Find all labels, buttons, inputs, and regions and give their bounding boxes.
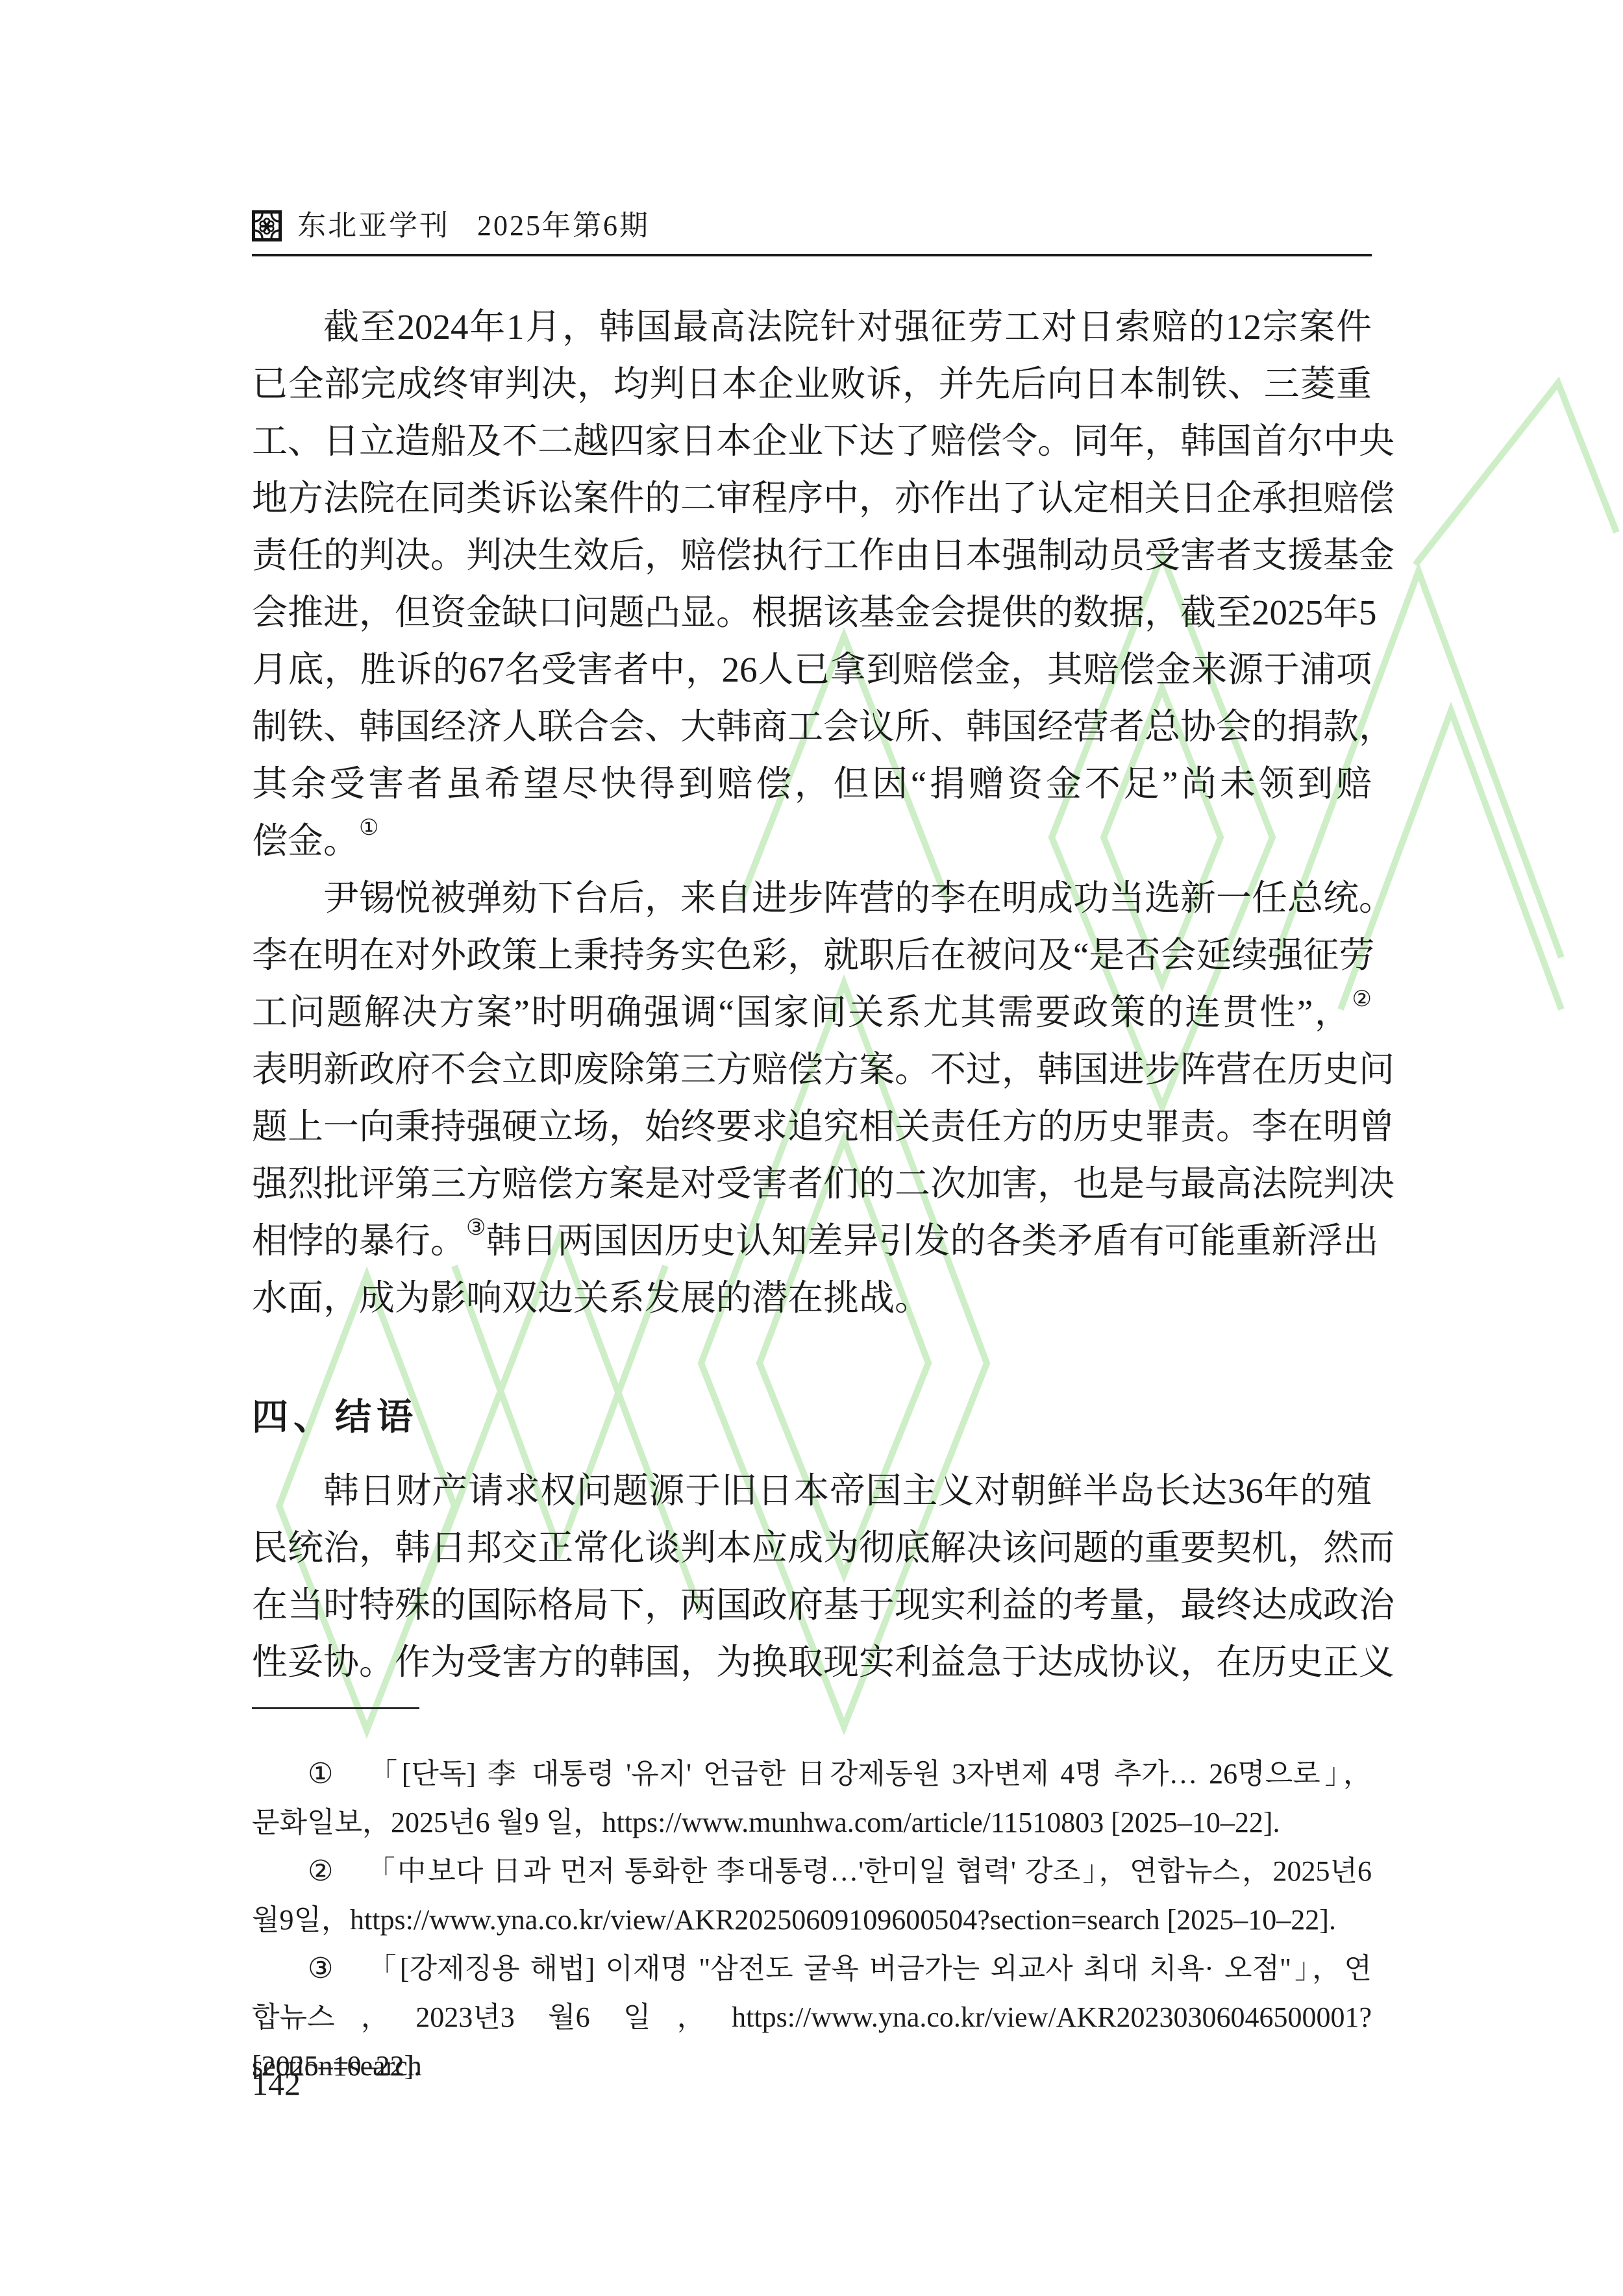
body-line: 民统治，韩日邦交正常化谈判本应成为彻底解决该问题的重要契机，然而 bbox=[252, 1520, 1372, 1577]
footnote-3-line: ③「[강제징용 해법] 이재명 "삼전도 굴욕 버금가는 외교사 최대 치욕· … bbox=[252, 1944, 1372, 1993]
footnote-ref-2: ② bbox=[1352, 987, 1372, 1011]
footnote-1-marker: ① bbox=[308, 1758, 338, 1790]
journal-header-title: 东北亚学刊2025年第6期 bbox=[297, 210, 650, 241]
body-line: 相悖的暴行。③韩日两国因历史认知差异引发的各类矛盾有可能重新浮出 bbox=[252, 1213, 1372, 1270]
page-number: 142 bbox=[252, 2066, 301, 2102]
journal-issue: 2025年第6期 bbox=[477, 210, 650, 241]
body-text: 工问题解决方案”时明确强调“国家间关系尤其需要政策的连贯性”， bbox=[252, 993, 1352, 1032]
body-line: 李在明在对外政策上秉持务实色彩，就职后在被问及“是否会延续强征劳 bbox=[252, 927, 1372, 984]
body-text: 相悖的暴行。 bbox=[252, 1221, 466, 1261]
header-rule bbox=[252, 254, 1372, 256]
footnote-2-line: 월9일，https://www.yna.co.kr/view/AKR202506… bbox=[252, 1895, 1372, 1944]
footnote-2-line: ②「中보다 日과 먼저 통화한 李대통령…'한미일 협력' 강조」，연합뉴스，2… bbox=[252, 1847, 1372, 1895]
footnote-1-line: ①「[단독] 李 대통령 '유지' 언급한 日강제동원 3자변제 4명 추가… … bbox=[252, 1749, 1372, 1798]
body-line: 月底，胜诉的67名受害者中，26人已拿到赔偿金，其赔偿金来源于浦项 bbox=[252, 641, 1372, 698]
body-line: 水面，成为影响双边关系发展的潜在挑战。 bbox=[252, 1270, 1372, 1327]
body-line: 会推进，但资金缺口问题凸显。根据该基金会提供的数据，截至2025年5 bbox=[252, 584, 1372, 641]
footnote-1-text: 「[단독] 李 대통령 '유지' 언급한 日강제동원 3자변제 4명 추가… 2… bbox=[369, 1758, 1372, 1790]
journal-logo-icon bbox=[252, 210, 282, 241]
paragraph-2: 尹锡悦被弹劾下台后，来自进步阵营的李在明成功当选新一任总统。 李在明在对外政策上… bbox=[252, 870, 1372, 1327]
body-line: 责任的判决。判决生效后，赔偿执行工作由日本强制动员受害者支援基金 bbox=[252, 527, 1372, 584]
journal-page: 东北亚学刊2025年第6期 截至2024年1月，韩国最高法院针对强征劳工对日索赔… bbox=[0, 0, 1623, 2296]
body-line: 尹锡悦被弹劾下台后，来自进步阵营的李在明成功当选新一任总统。 bbox=[252, 870, 1372, 927]
page-header: 东北亚学刊2025年第6期 bbox=[252, 210, 1372, 241]
body-line: 题上一向秉持强硬立场，始终要求追究相关责任方的历史罪责。李在明曾 bbox=[252, 1098, 1372, 1155]
footnote-3-text: 「[강제징용 해법] 이재명 "삼전도 굴욕 버금가는 외교사 최대 치욕· 오… bbox=[368, 1953, 1372, 1984]
body-line: 性妥协。作为受害方的韩国，为换取现实利益急于达成协议，在历史正义 bbox=[252, 1634, 1372, 1691]
body-line: 工问题解决方案”时明确强调“国家间关系尤其需要政策的连贯性”，② bbox=[252, 984, 1372, 1041]
footnote-3-marker: ③ bbox=[308, 1953, 337, 1984]
body-line: 已全部完成终审判决，均判日本企业败诉，并先后向日本制铁、三菱重 bbox=[252, 356, 1372, 413]
article-body: 截至2024年1月，韩国最高法院针对强征劳工对日索赔的12宗案件 已全部完成终审… bbox=[252, 299, 1372, 2090]
footnote-3-line: 합뉴스，2023년3 월6 일，https://www.yna.co.kr/vi… bbox=[252, 1993, 1372, 2042]
body-line: 地方法院在同类诉讼案件的二审程序中，亦作出了认定相关日企承担赔偿 bbox=[252, 470, 1372, 527]
footnote-separator bbox=[252, 1707, 419, 1709]
journal-name: 东北亚学刊 bbox=[297, 210, 450, 241]
footnote-ref-3: ③ bbox=[466, 1216, 486, 1240]
footnotes: ①「[단독] 李 대통령 '유지' 언급한 日강제동원 3자변제 4명 추가… … bbox=[252, 1749, 1372, 2090]
body-line: 表明新政府不会立即废除第三方赔偿方案。不过，韩国进步阵营在历史问 bbox=[252, 1041, 1372, 1098]
body-text: 偿金。 bbox=[252, 821, 359, 861]
paragraph-1: 截至2024年1月，韩国最高法院针对强征劳工对日索赔的12宗案件 已全部完成终审… bbox=[252, 299, 1372, 870]
body-line: 偿金。① bbox=[252, 813, 1372, 870]
footnote-3-line: [2025–10–22]. bbox=[252, 2042, 1372, 2090]
body-line: 强烈批评第三方赔偿方案是对受害者们的二次加害，也是与最高法院判决 bbox=[252, 1155, 1372, 1213]
body-line: 截至2024年1月，韩国最高法院针对强征劳工对日索赔的12宗案件 bbox=[252, 299, 1372, 356]
section-heading: 四、结语 bbox=[252, 1389, 1372, 1446]
footnote-ref-1: ① bbox=[359, 816, 378, 840]
body-line: 其余受害者虽希望尽快得到赔偿，但因“捐赠资金不足”尚未领到赔 bbox=[252, 756, 1372, 813]
body-text: 韩日两国因历史认知差异引发的各类矛盾有可能重新浮出 bbox=[486, 1221, 1379, 1261]
paragraph-3: 韩日财产请求权问题源于旧日本帝国主义对朝鲜半岛长达36年的殖 民统治，韩日邦交正… bbox=[252, 1463, 1372, 1691]
footnote-2-text: 「中보다 日과 먼저 통화한 李대통령…'한미일 협력' 강조」，연합뉴스，20… bbox=[367, 1855, 1372, 1887]
footnote-2-marker: ② bbox=[308, 1855, 336, 1887]
body-line: 韩日财产请求权问题源于旧日本帝国主义对朝鲜半岛长达36年的殖 bbox=[252, 1463, 1372, 1520]
footnote-1-line: 문화일보，2025년6 월9 일，https://www.munhwa.com/… bbox=[252, 1798, 1372, 1847]
body-line: 在当时特殊的国际格局下，两国政府基于现实利益的考量，最终达成政治 bbox=[252, 1577, 1372, 1634]
body-line: 制铁、韩国经济人联合会、大韩商工会议所、韩国经营者总协会的捐款， bbox=[252, 698, 1372, 756]
body-line: 工、日立造船及不二越四家日本企业下达了赔偿令。同年，韩国首尔中央 bbox=[252, 413, 1372, 470]
